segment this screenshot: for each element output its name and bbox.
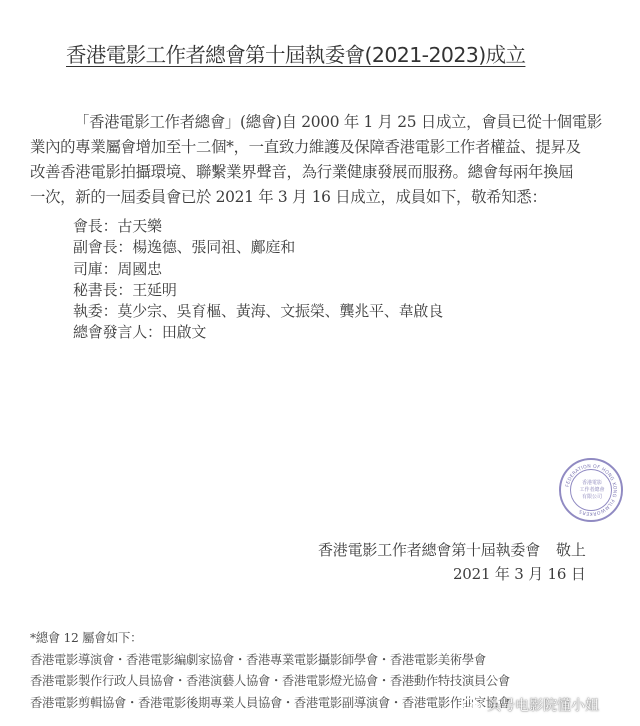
member-row-secretary-general: 秘書長：王延明	[73, 280, 443, 301]
footnote-row: 香港電影製作行政人員協會・香港演藝人協會・香港電影燈光協會・香港動作特技演員公會	[30, 671, 510, 693]
signoff-date: 2021 年 3 月 16 日	[318, 562, 586, 586]
signoff-line: 香港電影工作者總會第十屆執委會敬上	[318, 538, 586, 562]
member-row-vice-president: 副會長：楊逸德、張同祖、鄺庭和	[73, 237, 443, 258]
paragraph-line: 改善香港電影拍攝環境、聯繫業界聲音，為行業健康發展而服務。總會每兩年換屆	[30, 160, 620, 185]
member-role: 司庫	[73, 260, 103, 278]
footnote-heading: *總會 12 屬會如下：	[30, 628, 510, 650]
member-role: 秘書長	[73, 281, 117, 299]
document-title: 香港電影工作者總會第十屆執委會(2021-2023)成立	[66, 38, 546, 68]
committee-member-list: 會長：古天樂 副會長：楊逸德、張同祖、鄺庭和 司庫：周國忠 秘書長：王延明 執委…	[73, 216, 443, 344]
member-row-spokesperson: 總會發言人：田啟文	[73, 322, 443, 343]
paragraph-line: 一次，新的一屆委員會已於 2021 年 3 月 16 日成立，成員如下，敬希知悉…	[30, 185, 620, 210]
member-names: 王延明	[132, 281, 176, 299]
intro-paragraph: 「香港電影工作者總會」(總會)自 2000 年 1 月 25 日成立，會員已從十…	[30, 110, 620, 210]
member-row-executive-committee: 執委：莫少宗、吳育樞、黃海、文振榮、龔兆平、韋啟良	[73, 301, 443, 322]
signoff-greeting: 敬上	[556, 541, 586, 559]
wechat-icon	[462, 697, 484, 713]
member-names: 田啟文	[162, 323, 206, 341]
member-row-president: 會長：古天樂	[73, 216, 443, 237]
member-role: 總會發言人	[73, 323, 147, 341]
seal-center-text: 香港電影 工作者總會 有限公司	[579, 480, 605, 501]
paragraph-line: 「香港電影工作者總會」(總會)自 2000 年 1 月 25 日成立，會員已從十…	[30, 110, 620, 135]
signoff-organization: 香港電影工作者總會第十屆執委會	[318, 541, 540, 559]
member-role: 會長	[73, 217, 103, 235]
member-role: 副會長	[73, 238, 117, 256]
member-role: 執委	[73, 302, 103, 320]
footnote-row: 香港電影導演會・香港電影編劇家協會・香港專業電影攝影師學會・香港電影美術學會	[30, 650, 510, 672]
paragraph-line: 業內的專業屬會增加至十二個*，一直致力維護及保障香港電影工作者權益、提昇及	[30, 135, 620, 160]
member-names: 莫少宗、吳育樞、黃海、文振榮、龔兆平、韋啟良	[117, 302, 443, 320]
official-seal-icon: FEDERATION OF HONG KONG FILMWORKERS 香港電影…	[559, 458, 623, 522]
watermark-text: 头号电影院懂小姐	[487, 695, 599, 715]
signoff-block: 香港電影工作者總會第十屆執委會敬上 2021 年 3 月 16 日	[318, 538, 586, 586]
footnote-affiliates: *總會 12 屬會如下： 香港電影導演會・香港電影編劇家協會・香港專業電影攝影師…	[30, 628, 510, 714]
member-row-treasurer: 司庫：周國忠	[73, 259, 443, 280]
watermark: 头号电影院懂小姐	[462, 695, 599, 715]
footnote-row: 香港電影剪輯協會・香港電影後期專業人員協會・香港電影副導演會・香港電影作曲家協會	[30, 693, 510, 715]
member-names: 周國忠	[117, 260, 161, 278]
member-names: 楊逸德、張同祖、鄺庭和	[132, 238, 295, 256]
member-names: 古天樂	[117, 217, 161, 235]
